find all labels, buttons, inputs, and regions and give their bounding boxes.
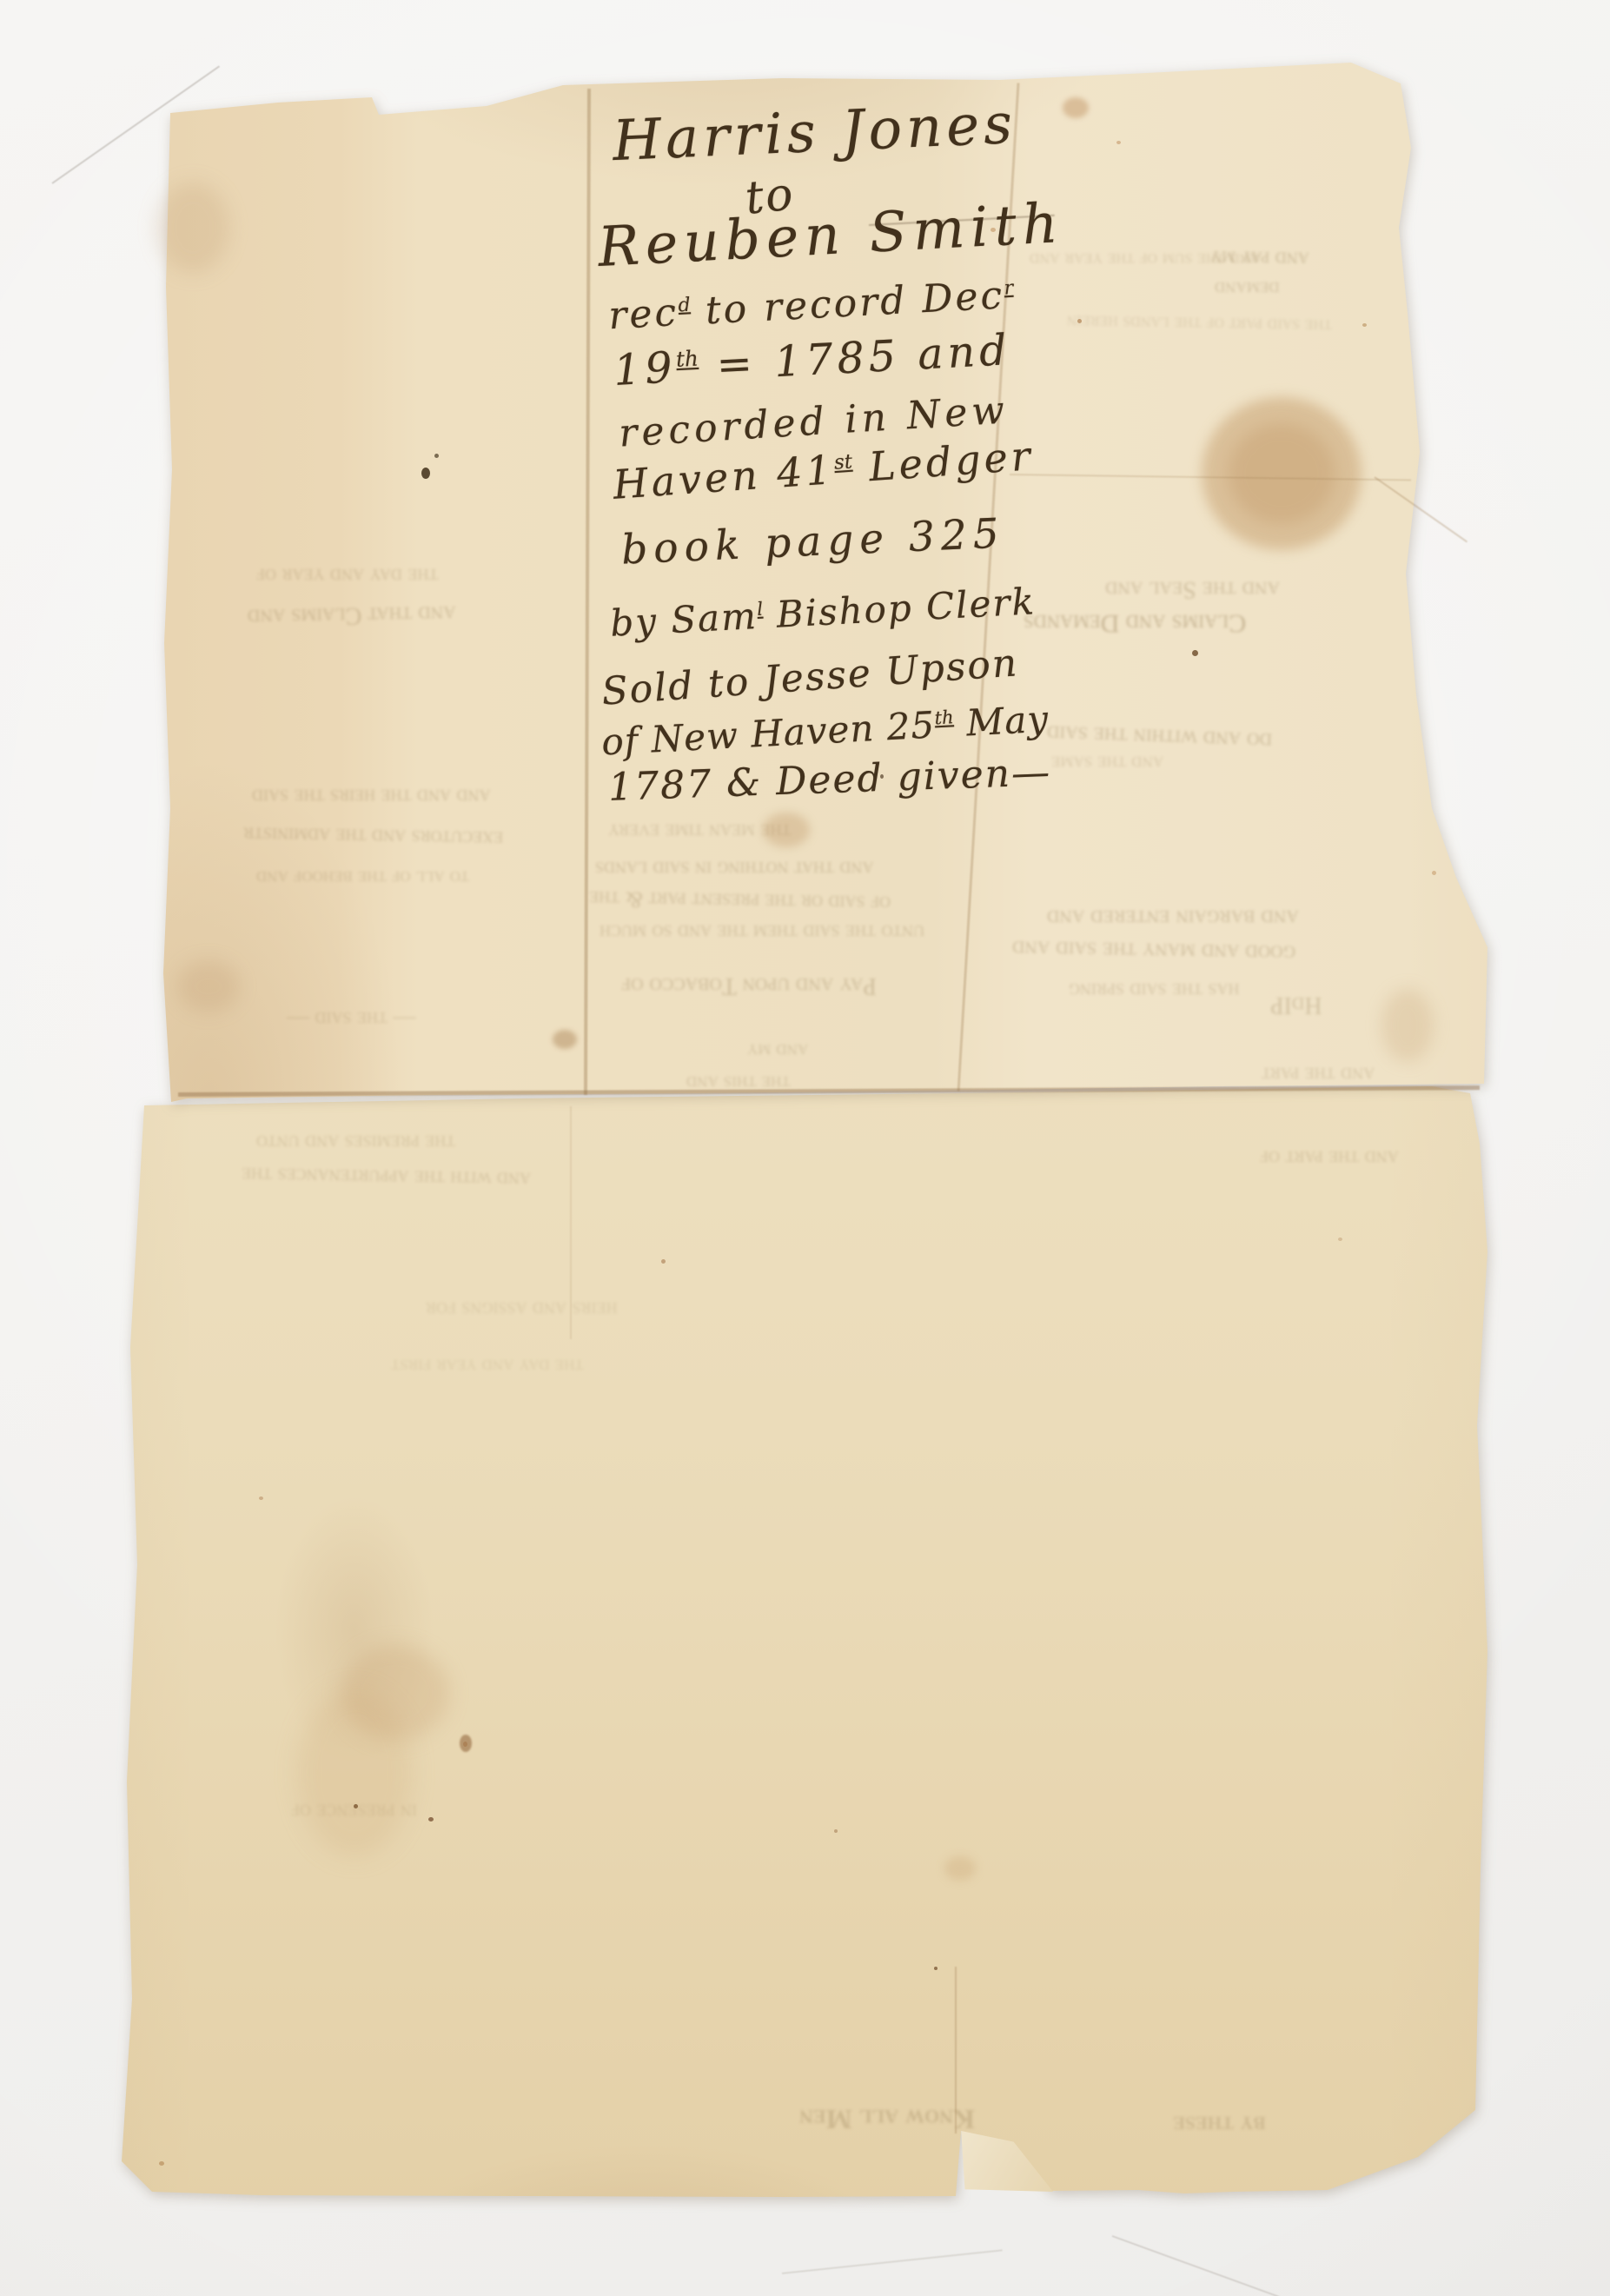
handwriting-line: Reuben Smith xyxy=(596,191,1065,279)
handwriting-line: Harris Jones xyxy=(612,92,1018,174)
handwriting-line: 19th = 1785 and xyxy=(613,325,1012,395)
document-photo: and pay mydemandand the sum of the year … xyxy=(0,0,1610,2296)
handwriting-line: book page 325 xyxy=(620,509,1006,574)
handwriting-docket: Harris JonestoReuben Smithrecd to record… xyxy=(0,0,1610,2296)
handwriting-line: by Saml Bishop Clerk xyxy=(609,580,1037,645)
